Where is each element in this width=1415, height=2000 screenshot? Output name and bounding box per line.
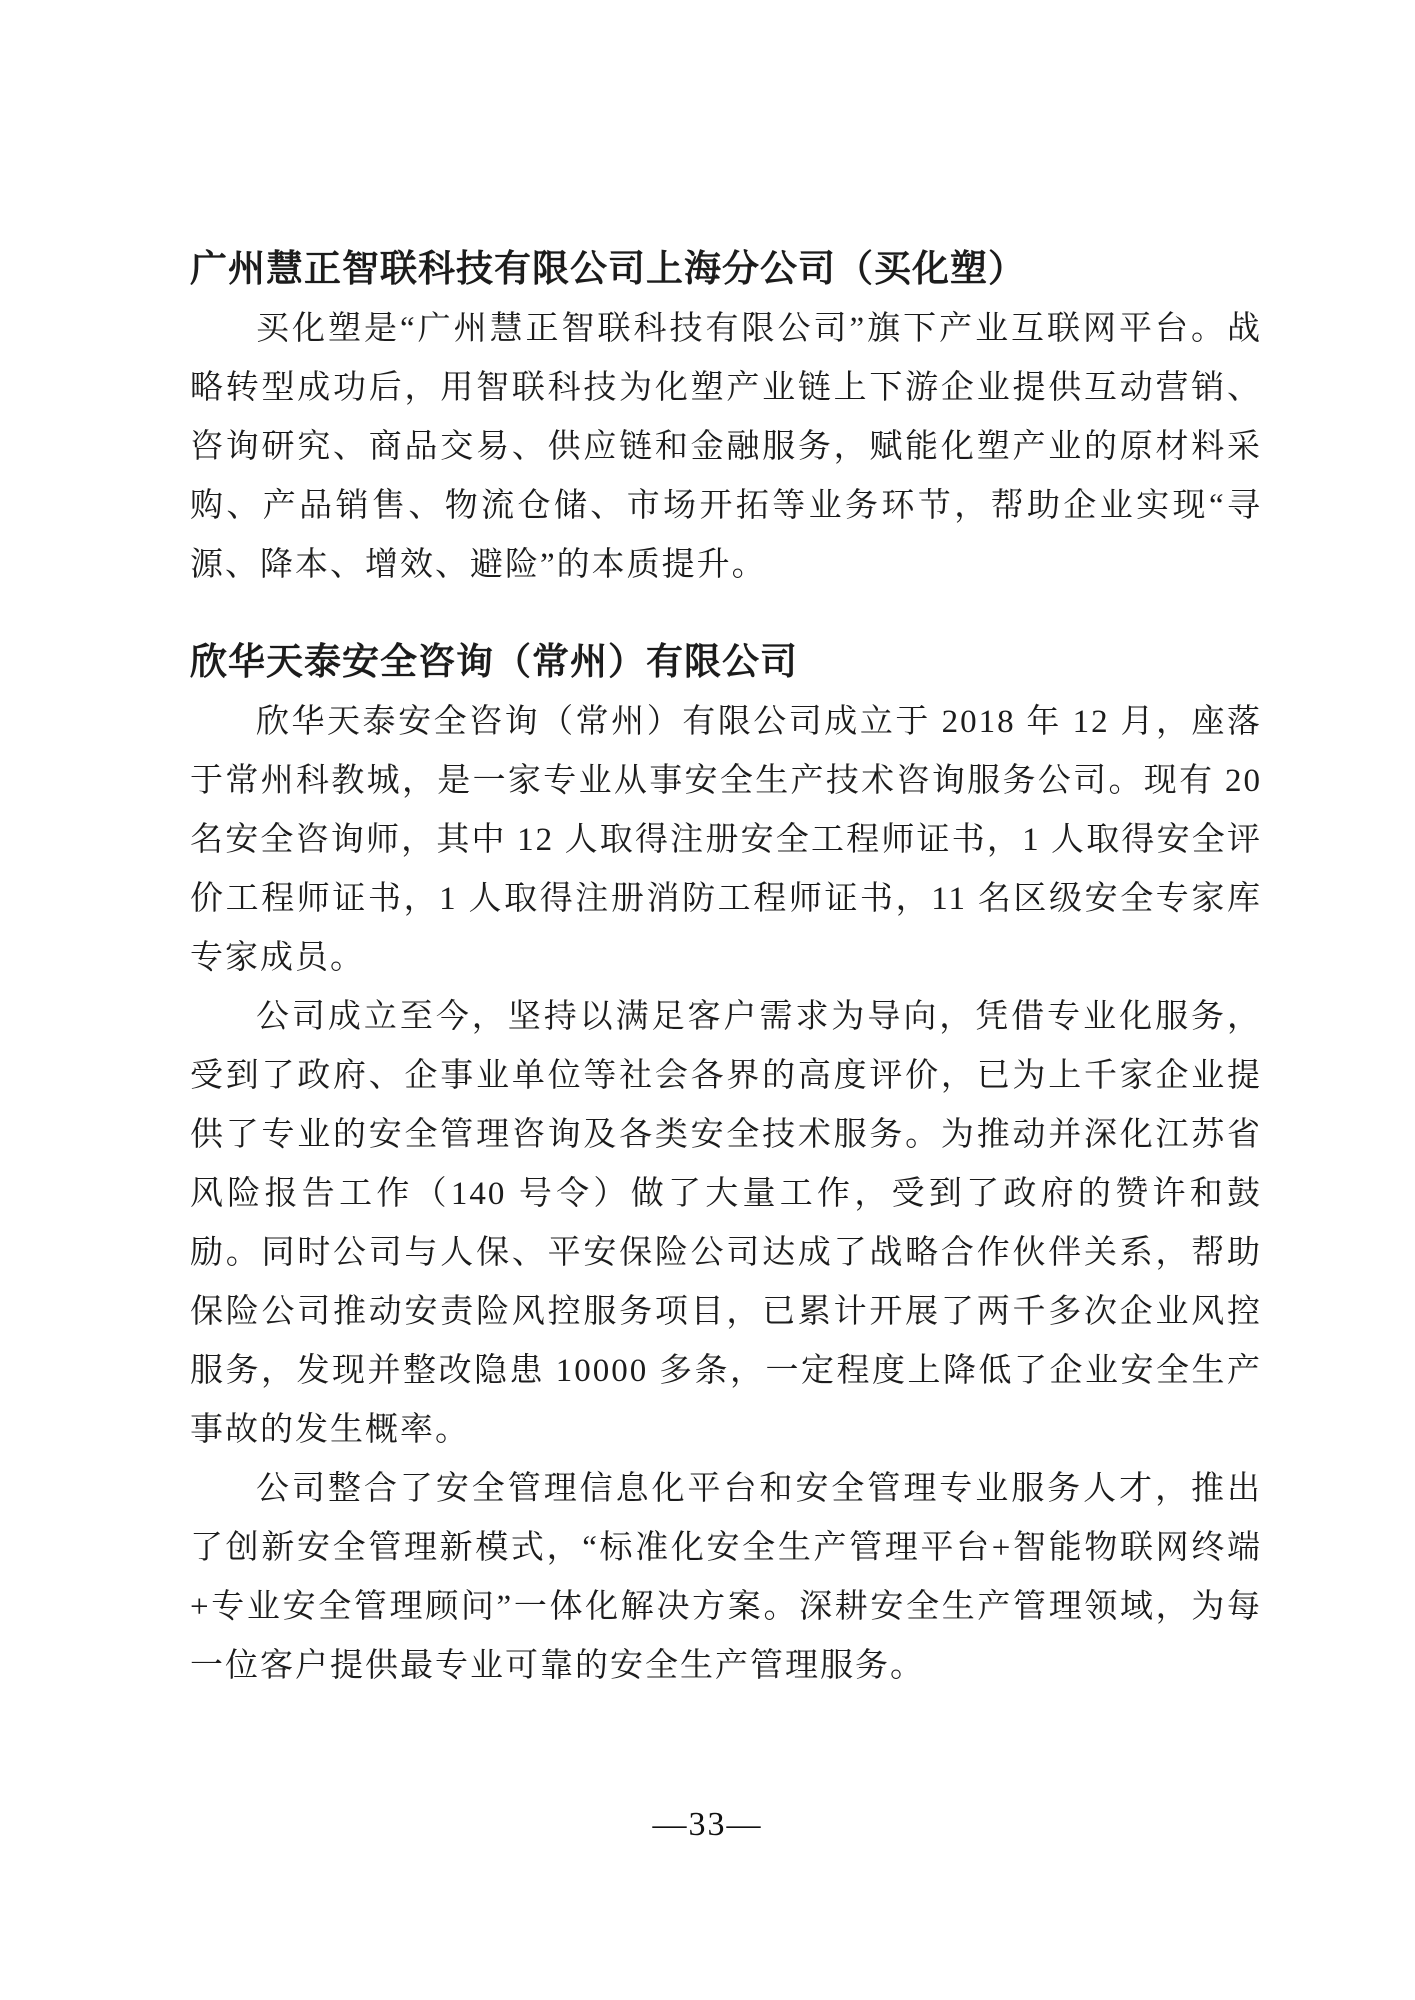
- section-heading: 欣华天泰安全咨询（常州）有限公司: [190, 633, 1262, 693]
- body-paragraph: 买化塑是“广州慧正智联科技有限公司”旗下产业互联网平台。战略转型成功后，用智联科…: [190, 300, 1262, 595]
- body-paragraph: 公司成立至今，坚持以满足客户需求为导向，凭借专业化服务，受到了政府、企事业单位等…: [190, 988, 1262, 1460]
- body-paragraph: 公司整合了安全管理信息化平台和安全管理专业服务人才，推出了创新安全管理新模式，“…: [190, 1460, 1262, 1696]
- body-paragraph: 欣华天泰安全咨询（常州）有限公司成立于 2018 年 12 月，座落于常州科教城…: [190, 693, 1262, 988]
- document-page: 广州慧正智联科技有限公司上海分公司（买化塑） 买化塑是“广州慧正智联科技有限公司…: [0, 0, 1415, 2000]
- section-heading: 广州慧正智联科技有限公司上海分公司（买化塑）: [190, 240, 1262, 300]
- section-company-maihuasu: 广州慧正智联科技有限公司上海分公司（买化塑） 买化塑是“广州慧正智联科技有限公司…: [190, 240, 1262, 595]
- page-number: —33—: [0, 1806, 1415, 1844]
- page-content: 广州慧正智联科技有限公司上海分公司（买化塑） 买化塑是“广州慧正智联科技有限公司…: [190, 240, 1262, 1696]
- section-company-xinhuatiantai: 欣华天泰安全咨询（常州）有限公司 欣华天泰安全咨询（常州）有限公司成立于 201…: [190, 633, 1262, 1696]
